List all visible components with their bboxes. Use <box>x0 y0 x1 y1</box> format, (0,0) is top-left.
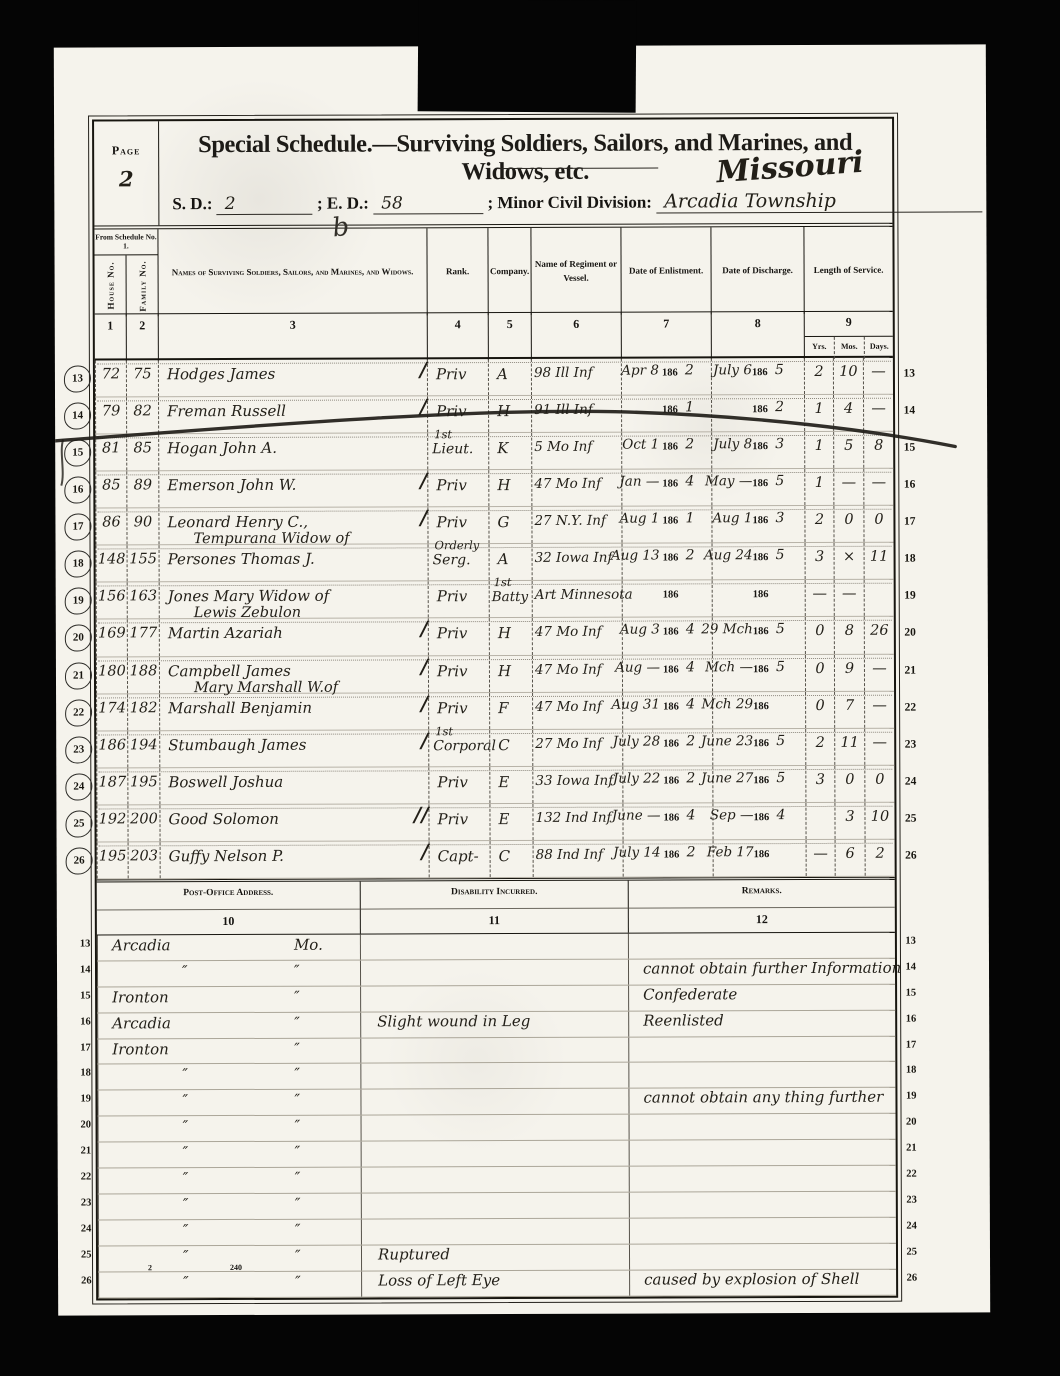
col-num-12: 12 <box>629 908 895 933</box>
enlist-month-day: June — <box>612 807 661 823</box>
service-days-cell: 11 <box>864 543 894 579</box>
rank-value: Priv <box>436 476 467 494</box>
row-number-left: 17 <box>80 1042 91 1053</box>
veteran-name: Guffy Nelson P. <box>169 847 284 865</box>
enlist-month-day: July 28 <box>613 733 661 749</box>
row-number-left: 26 <box>66 847 93 874</box>
family-no-cell: 155 <box>127 546 159 582</box>
col-num-9: 9 <box>805 312 893 337</box>
printed-year-prefix: 186 <box>664 849 680 860</box>
remarks-cell <box>628 933 895 959</box>
town-value: Arcadia <box>112 936 171 954</box>
post-office-cell: ″″ <box>98 1220 361 1246</box>
discharge-cell: 186 <box>712 580 805 616</box>
veteran-name: Boswell Joshua <box>168 773 283 791</box>
row-number-left: 23 <box>81 1198 92 1209</box>
service-years-cell: 0 <box>805 654 834 690</box>
remarks-header: Remarks. <box>629 880 895 909</box>
discharge-month-day: June 27 <box>701 770 753 786</box>
rank-value: Priv <box>437 810 468 828</box>
enlistment-cell: July 221862 <box>622 766 712 802</box>
rank-value: Priv <box>436 365 467 383</box>
rank-value: Priv <box>436 513 467 531</box>
printed-year-prefix: 186 <box>662 405 678 416</box>
remarks-value: Reenlisted <box>643 1011 724 1029</box>
post-office-cell: ″″ <box>97 960 360 986</box>
address-row: 2121″″ <box>98 1140 896 1169</box>
disability-cell <box>360 959 628 985</box>
row-number-right: 21 <box>906 1143 917 1154</box>
enlist-year-digit: 1 <box>685 511 694 527</box>
form-print-mid: 240 <box>230 1263 242 1272</box>
row-number-left: 24 <box>81 1224 92 1235</box>
name-cell: Martin Azariah∕ <box>159 619 428 656</box>
discharge-month-day: July 6 <box>713 362 752 378</box>
name-cell: Marshall Benjamin∕ <box>159 693 428 730</box>
remarks-cell <box>629 1218 896 1244</box>
house-no-cell: 79 <box>95 397 126 433</box>
service-months-cell: 9 <box>834 654 864 690</box>
house-no-cell: 86 <box>95 509 126 545</box>
ed-label: ; E. D.: <box>317 194 369 213</box>
remarks-cell: cannot obtain further Information <box>628 958 895 984</box>
company-cell: A <box>488 359 531 395</box>
pen-tick-mark: ∕ <box>420 617 427 641</box>
regiment-cell: 27 N.Y. Inf <box>531 507 621 543</box>
family-no-cell: 195 <box>127 768 159 804</box>
veteran-name: Jones Mary Widow of <box>168 587 330 606</box>
veteran-name: Hogan John A. <box>167 439 277 457</box>
rank-line1: 1st <box>435 724 453 738</box>
post-office-cell: Arcadia″ <box>97 1012 360 1038</box>
company-value: K <box>497 439 508 457</box>
regiment-cell: 27 Mo Inf <box>532 729 622 765</box>
veteran-row: 2525192200Good Solomon∕∕PrivE132 Ind Inf… <box>96 802 894 842</box>
town-value: ″ <box>183 1117 189 1135</box>
state-value: Mo. <box>294 936 323 954</box>
family-no-cell: 182 <box>127 694 159 730</box>
disability-cell: Slight wound in Leg <box>360 1011 628 1037</box>
veteran-name: Stumbaugh James <box>168 735 306 753</box>
pen-tick-mark: ∕ <box>421 839 428 863</box>
remarks-cell: cannot obtain any thing further <box>628 1088 895 1114</box>
printed-year-prefix: 186 <box>753 627 769 638</box>
enlistment-cell: Aug 11861 <box>621 507 711 543</box>
company-value: C <box>499 847 511 865</box>
printed-year-prefix: 186 <box>753 701 769 712</box>
pen-tick-mark: ∕ <box>421 654 428 678</box>
printed-year-prefix: 186 <box>663 775 679 786</box>
company-cell: E <box>489 804 532 840</box>
printed-year-prefix: 186 <box>753 664 769 675</box>
discharge-year-digit: 5 <box>776 547 785 563</box>
service-days-cell: — <box>864 691 894 727</box>
row-number-right: 16 <box>906 1013 917 1024</box>
town-value: ″ <box>183 1169 189 1187</box>
rank-line1: 1st <box>434 427 452 441</box>
disability-cell <box>361 1141 629 1167</box>
discharge-month-day: Feb 17 <box>707 844 754 860</box>
remarks-value: Confederate <box>643 985 737 1003</box>
row-number-right: 15 <box>904 442 916 454</box>
service-days-cell: 2 <box>865 840 895 876</box>
company-value: H <box>498 662 511 680</box>
post-office-cell: ″″ <box>98 1194 361 1220</box>
row-number-right: 19 <box>904 590 916 602</box>
enlist-month-day: July 22 <box>613 770 661 786</box>
enlistment-cell: 186 <box>622 581 712 617</box>
disability-cell: Ruptured <box>361 1245 629 1271</box>
house-no-header: House No. <box>105 262 115 310</box>
remarks-cell: Confederate <box>628 984 895 1010</box>
rank-cell: OrderlySerg. <box>428 544 489 580</box>
town-value: ″ <box>183 1143 189 1161</box>
state-value: ″ <box>294 1013 300 1031</box>
printed-year-prefix: 186 <box>662 479 678 490</box>
days-subheader: Days. <box>864 337 894 359</box>
post-office-cell: ″″ <box>97 1090 360 1116</box>
row-number-left: 13 <box>64 366 91 393</box>
row-number-right: 25 <box>906 1247 917 1258</box>
disability-cell <box>360 934 628 960</box>
address-row: 1717Ironton″ <box>97 1036 895 1065</box>
service-years-cell: 1 <box>804 469 833 505</box>
printed-year-prefix: 186 <box>662 516 678 527</box>
discharge-year-digit: 5 <box>776 733 785 749</box>
company-cell: H <box>488 470 531 506</box>
rank-value: Priv <box>437 699 468 717</box>
remarks-header-cell: Remarks. 12 <box>628 880 895 933</box>
pen-tick-mark: ∕∕ <box>414 802 429 826</box>
service-years-cell: 0 <box>805 691 834 727</box>
address-row: 2626″″Loss of Left Eyecaused by explosio… <box>98 1270 896 1299</box>
disability-cell <box>361 1219 629 1245</box>
veteran-name: Freman Russell <box>167 402 286 420</box>
remarks-cell <box>629 1192 896 1218</box>
service-months-cell: 11 <box>834 728 864 764</box>
post-office-cell: Ironton″ <box>97 1038 360 1064</box>
printed-year-prefix: 186 <box>663 664 679 675</box>
service-months-cell: × <box>834 543 864 579</box>
house-no-cell: 174 <box>96 694 127 730</box>
remarks-value: cannot obtain any thing further <box>643 1088 883 1107</box>
family-no-cell: 177 <box>127 620 159 656</box>
service-days-cell: — <box>863 358 893 394</box>
enlist-year-digit: 1 <box>685 399 694 415</box>
enlistment-cell: Aug 131862 <box>622 544 712 580</box>
printed-year-prefix: 186 <box>753 738 769 749</box>
remarks-cell <box>629 1166 896 1192</box>
name-cell: Guffy Nelson P.∕ <box>160 841 429 878</box>
rank-cell: Priv <box>428 656 489 692</box>
district-line: S. D.: 2 ; E. D.: 58 ; Minor Civil Divis… <box>172 190 882 215</box>
house-no-cell: 192 <box>96 805 127 841</box>
post-office-cell: ArcadiaMo. <box>97 934 360 960</box>
enlist-month-day: Aug — <box>615 659 660 675</box>
address-row: 1818″″ <box>97 1062 895 1091</box>
state-value: ″ <box>294 1065 300 1083</box>
discharge-cell: Feb 17186 <box>713 840 806 876</box>
veteran-name: Persones Thomas J. <box>168 550 315 569</box>
discharge-cell: Aug 241865 <box>712 543 805 579</box>
pen-tick-mark: ∕ <box>420 394 427 418</box>
printed-year-prefix: 186 <box>754 849 770 860</box>
regiment-cell: 33 Iowa Inf <box>532 766 622 802</box>
family-no-cell: 90 <box>126 509 158 545</box>
discharge-cell: July 81863 <box>711 432 804 468</box>
disability-cell <box>360 1063 628 1089</box>
house-no-cell: 180 <box>96 657 127 693</box>
page-number-box: Page 2 <box>94 121 159 225</box>
enlistment-cell: July 281862 <box>622 729 712 765</box>
service-days-cell: 10 <box>864 802 894 838</box>
veteran-row: 2222174182Marshall Benjamin∕PrivF47 Mo I… <box>96 691 894 731</box>
disability-value: Slight wound in Leg <box>377 1012 530 1031</box>
disability-value: Ruptured <box>378 1245 450 1263</box>
discharge-year-digit: 3 <box>775 436 784 452</box>
veteran-row: 15158185Hogan John A.1stLieut.K5 Mo InfO… <box>95 432 893 472</box>
state-value: ″ <box>295 1117 301 1135</box>
company-cell: 1stBatty <box>489 581 532 617</box>
row-number-left: 22 <box>65 699 92 726</box>
discharge-month-day: Aug 1 <box>712 510 752 526</box>
veteran-name: Marshall Benjamin <box>168 698 312 717</box>
enlistment-cell: Aug —1864 <box>622 655 712 691</box>
name-cell: Freman Russell∕ <box>158 396 427 433</box>
printed-year-prefix: 186 <box>662 442 678 453</box>
state-value: ″ <box>295 1169 301 1187</box>
row-number-left: 26 <box>81 1275 92 1286</box>
family-no-header: Family No. <box>137 260 147 311</box>
enlist-year-digit: 4 <box>686 807 695 823</box>
service-months-cell: 5 <box>833 432 863 468</box>
enlistment-cell: Jan —1864 <box>621 470 711 506</box>
title-band: Page 2 Special Schedule.—Surviving Soldi… <box>94 119 892 230</box>
family-no-cell: 194 <box>127 731 159 767</box>
rank-value: Capt- <box>438 847 479 865</box>
row-number-left: 21 <box>65 662 92 689</box>
printed-year-prefix: 186 <box>753 552 769 563</box>
name-cell: Boswell Joshua <box>159 767 428 804</box>
remarks-cell: Reenlisted <box>628 1010 895 1036</box>
service-years-cell: 2 <box>804 506 833 542</box>
row-number-left: 17 <box>64 514 91 541</box>
service-months-cell: — <box>834 580 864 616</box>
veteran-row: 2626195203Guffy Nelson P.∕Capt-C88 Ind I… <box>97 840 895 880</box>
row-number-right: 25 <box>905 812 917 824</box>
discharge-month-day: 29 Mch <box>701 622 753 638</box>
remarks-cell <box>628 1062 895 1088</box>
row-number-left: 15 <box>64 440 91 467</box>
company-value: F <box>498 699 508 717</box>
discharge-month-day: July 8 <box>713 436 752 452</box>
disability-header-cell: Disability Incurred. 11 <box>360 881 628 934</box>
discharge-month-day: Mch — <box>705 659 753 675</box>
veteran-row: 1919156163Jones Mary Widow ofLewis Zebul… <box>96 580 894 620</box>
enlistment-cell: Aug 31864 <box>622 618 712 654</box>
schedule-ref-header: From Schedule No. 1. House No. Family No… <box>94 229 157 316</box>
row-number-left: 15 <box>80 990 91 1001</box>
rank-cell: Priv <box>427 359 488 395</box>
service-header: Length of Service. <box>803 227 892 314</box>
company-line1: 1st <box>494 575 512 589</box>
post-office-cell: Ironton″ <box>97 986 360 1012</box>
row-number-left: 18 <box>80 1068 91 1079</box>
company-cell: H <box>489 618 532 654</box>
rank-cell: 1stCorporal <box>428 730 489 766</box>
printed-year-prefix: 186 <box>663 701 679 712</box>
row-number-right: 20 <box>904 627 916 639</box>
column-number-band: 1 2 3 4 5 6 7 8 9 Yrs. Mos. Days. <box>95 312 893 361</box>
service-years-cell: 1 <box>804 395 833 431</box>
service-days-cell: — <box>863 469 893 505</box>
enlist-month-day: Aug 13 <box>611 548 660 564</box>
veteran-row: 2020169177Martin Azariah∕PrivH47 Mo InfA… <box>96 617 894 657</box>
disability-cell <box>361 1167 629 1193</box>
family-no-cell: 163 <box>127 583 159 619</box>
regiment-cell: 98 Ill Inf <box>531 359 621 395</box>
service-months-cell: 3 <box>834 803 864 839</box>
rank-value: Priv <box>437 588 468 606</box>
remarks-value: cannot obtain further Information <box>643 958 901 977</box>
veteran-name: Good Solomon <box>168 810 279 828</box>
row-number-right: 26 <box>905 849 917 861</box>
company-cell: E <box>489 767 532 803</box>
pen-tick-mark: ∕ <box>420 469 427 493</box>
disability-cell <box>361 1115 629 1141</box>
service-years-cell: 3 <box>805 766 834 802</box>
row-number-right: 24 <box>905 775 917 787</box>
disability-cell <box>361 1193 629 1219</box>
printed-year-prefix: 186 <box>663 738 679 749</box>
enlist-year-digit: 4 <box>686 622 695 638</box>
discharge-year-digit: 5 <box>776 622 785 638</box>
house-no-cell: 186 <box>96 731 127 767</box>
family-no-cell: 203 <box>128 842 160 878</box>
row-number-right: 26 <box>907 1272 918 1283</box>
house-family-headers: House No. Family No. <box>95 255 158 316</box>
house-no-cell: 156 <box>96 583 127 619</box>
enlist-month-day: Aug 31 <box>611 696 660 712</box>
row-number-right: 17 <box>904 516 916 528</box>
address-row: 2222″″ <box>98 1166 896 1195</box>
sd-label: S. D.: <box>172 194 212 213</box>
mcd-label: ; Minor Civil Division: <box>487 193 652 213</box>
remarks-cell <box>628 1036 895 1062</box>
name-cell: Hogan John A. <box>158 433 427 470</box>
enlist-year-digit: 4 <box>686 696 695 712</box>
enlist-year-digit: 2 <box>686 733 695 749</box>
disability-header: Disability Incurred. <box>361 881 628 910</box>
discharge-month-day: June 23 <box>701 733 753 749</box>
regiment-cell: 47 Mo Inf <box>531 470 621 506</box>
sd-value: 2 <box>217 194 313 215</box>
service-months-cell: 6 <box>835 840 865 876</box>
lower-header-band: Post-Office Address. 10 Disability Incur… <box>97 877 895 936</box>
house-no-cell: 195 <box>97 842 128 878</box>
row-number-left: 21 <box>81 1146 92 1157</box>
col-num-3: 3 <box>158 313 427 361</box>
address-row: 1414″″cannot obtain further Information <box>97 958 895 987</box>
page-number: 2 <box>94 166 158 191</box>
company-header: Company. <box>487 228 530 315</box>
town-value: ″ <box>183 1273 189 1291</box>
regiment-cell: 32 Iowa Inf <box>532 544 622 580</box>
post-office-cell: ″″ <box>98 1116 361 1142</box>
post-office-cell: ″″ <box>98 1142 361 1168</box>
rank-line2: Corporal <box>433 738 496 754</box>
house-no-cell: 81 <box>95 435 126 471</box>
state-value: ″ <box>294 962 300 980</box>
company-cell: G <box>488 507 531 543</box>
pen-tick-mark: ∕ <box>420 357 427 381</box>
enlist-year-digit: 2 <box>687 844 696 860</box>
service-years-cell: 3 <box>805 543 834 579</box>
company-value: H <box>497 402 510 420</box>
service-days-cell: 0 <box>864 765 894 801</box>
veteran-name: Emerson John W. <box>167 476 296 494</box>
row-number-left: 25 <box>65 810 92 837</box>
row-number-right: 16 <box>904 479 916 491</box>
row-number-left: 13 <box>80 938 91 949</box>
town-value: ″ <box>182 1092 188 1110</box>
company-line2: Batty <box>492 589 529 605</box>
service-days-cell: 0 <box>863 506 893 542</box>
name-cell: Campbell JamesMary Marshall W.of∕ <box>159 656 428 693</box>
enlist-month-day: Aug 3 <box>620 622 660 638</box>
state-value: ″ <box>295 1195 301 1213</box>
state-value: ″ <box>294 987 300 1005</box>
stray-pen-mark: b <box>331 212 351 244</box>
post-office-cell: ″″ <box>97 1064 360 1090</box>
row-number-right: 22 <box>905 701 917 713</box>
regiment-cell: 47 Mo Inf <box>532 692 622 728</box>
pen-tick-mark: ∕ <box>421 691 428 715</box>
discharge-year-digit: 5 <box>776 659 785 675</box>
row-number-left: 23 <box>65 736 92 763</box>
pen-tick-mark: ∕ <box>420 506 427 530</box>
mcd-value: Arcadia Township <box>656 189 982 213</box>
service-days-cell: — <box>863 395 893 431</box>
veterans-rows: 13137275Hodges James∕PrivA98 Ill InfApr … <box>95 358 895 880</box>
row-number-right: 17 <box>906 1039 917 1050</box>
name-cell: Jones Mary Widow ofLewis Zebulon <box>159 582 428 619</box>
row-number-left: 19 <box>80 1094 91 1105</box>
discharge-cell: July 61865 <box>711 358 804 394</box>
regiment-cell: 132 Ind Inf <box>532 803 622 839</box>
town-value: ″ <box>183 1221 189 1239</box>
row-number-left: 24 <box>65 773 92 800</box>
company-value: G <box>497 513 509 531</box>
house-no-cell: 169 <box>96 620 127 656</box>
remarks-cell <box>629 1114 896 1140</box>
enlistment-cell: 1861 <box>621 395 711 431</box>
pen-tick-mark: ∕ <box>421 728 428 752</box>
house-no-cell: 148 <box>96 546 127 582</box>
name-cell: Emerson John W.∕ <box>158 471 427 508</box>
family-no-cell: 85 <box>126 434 158 470</box>
state-value: ″ <box>294 1091 300 1109</box>
company-value: E <box>498 810 509 828</box>
paper-sheet: Page 2 Special Schedule.—Surviving Soldi… <box>54 44 990 1315</box>
row-number-right: 18 <box>904 553 916 565</box>
regiment-cell: 47 Mo Inf <box>532 618 622 654</box>
veteran-name: Martin Azariah <box>168 624 283 642</box>
town-value: Ironton <box>112 988 169 1006</box>
rank-header: Rank. <box>426 228 487 315</box>
printed-year-prefix: 186 <box>663 627 679 638</box>
address-header: Post-Office Address. <box>97 881 360 910</box>
